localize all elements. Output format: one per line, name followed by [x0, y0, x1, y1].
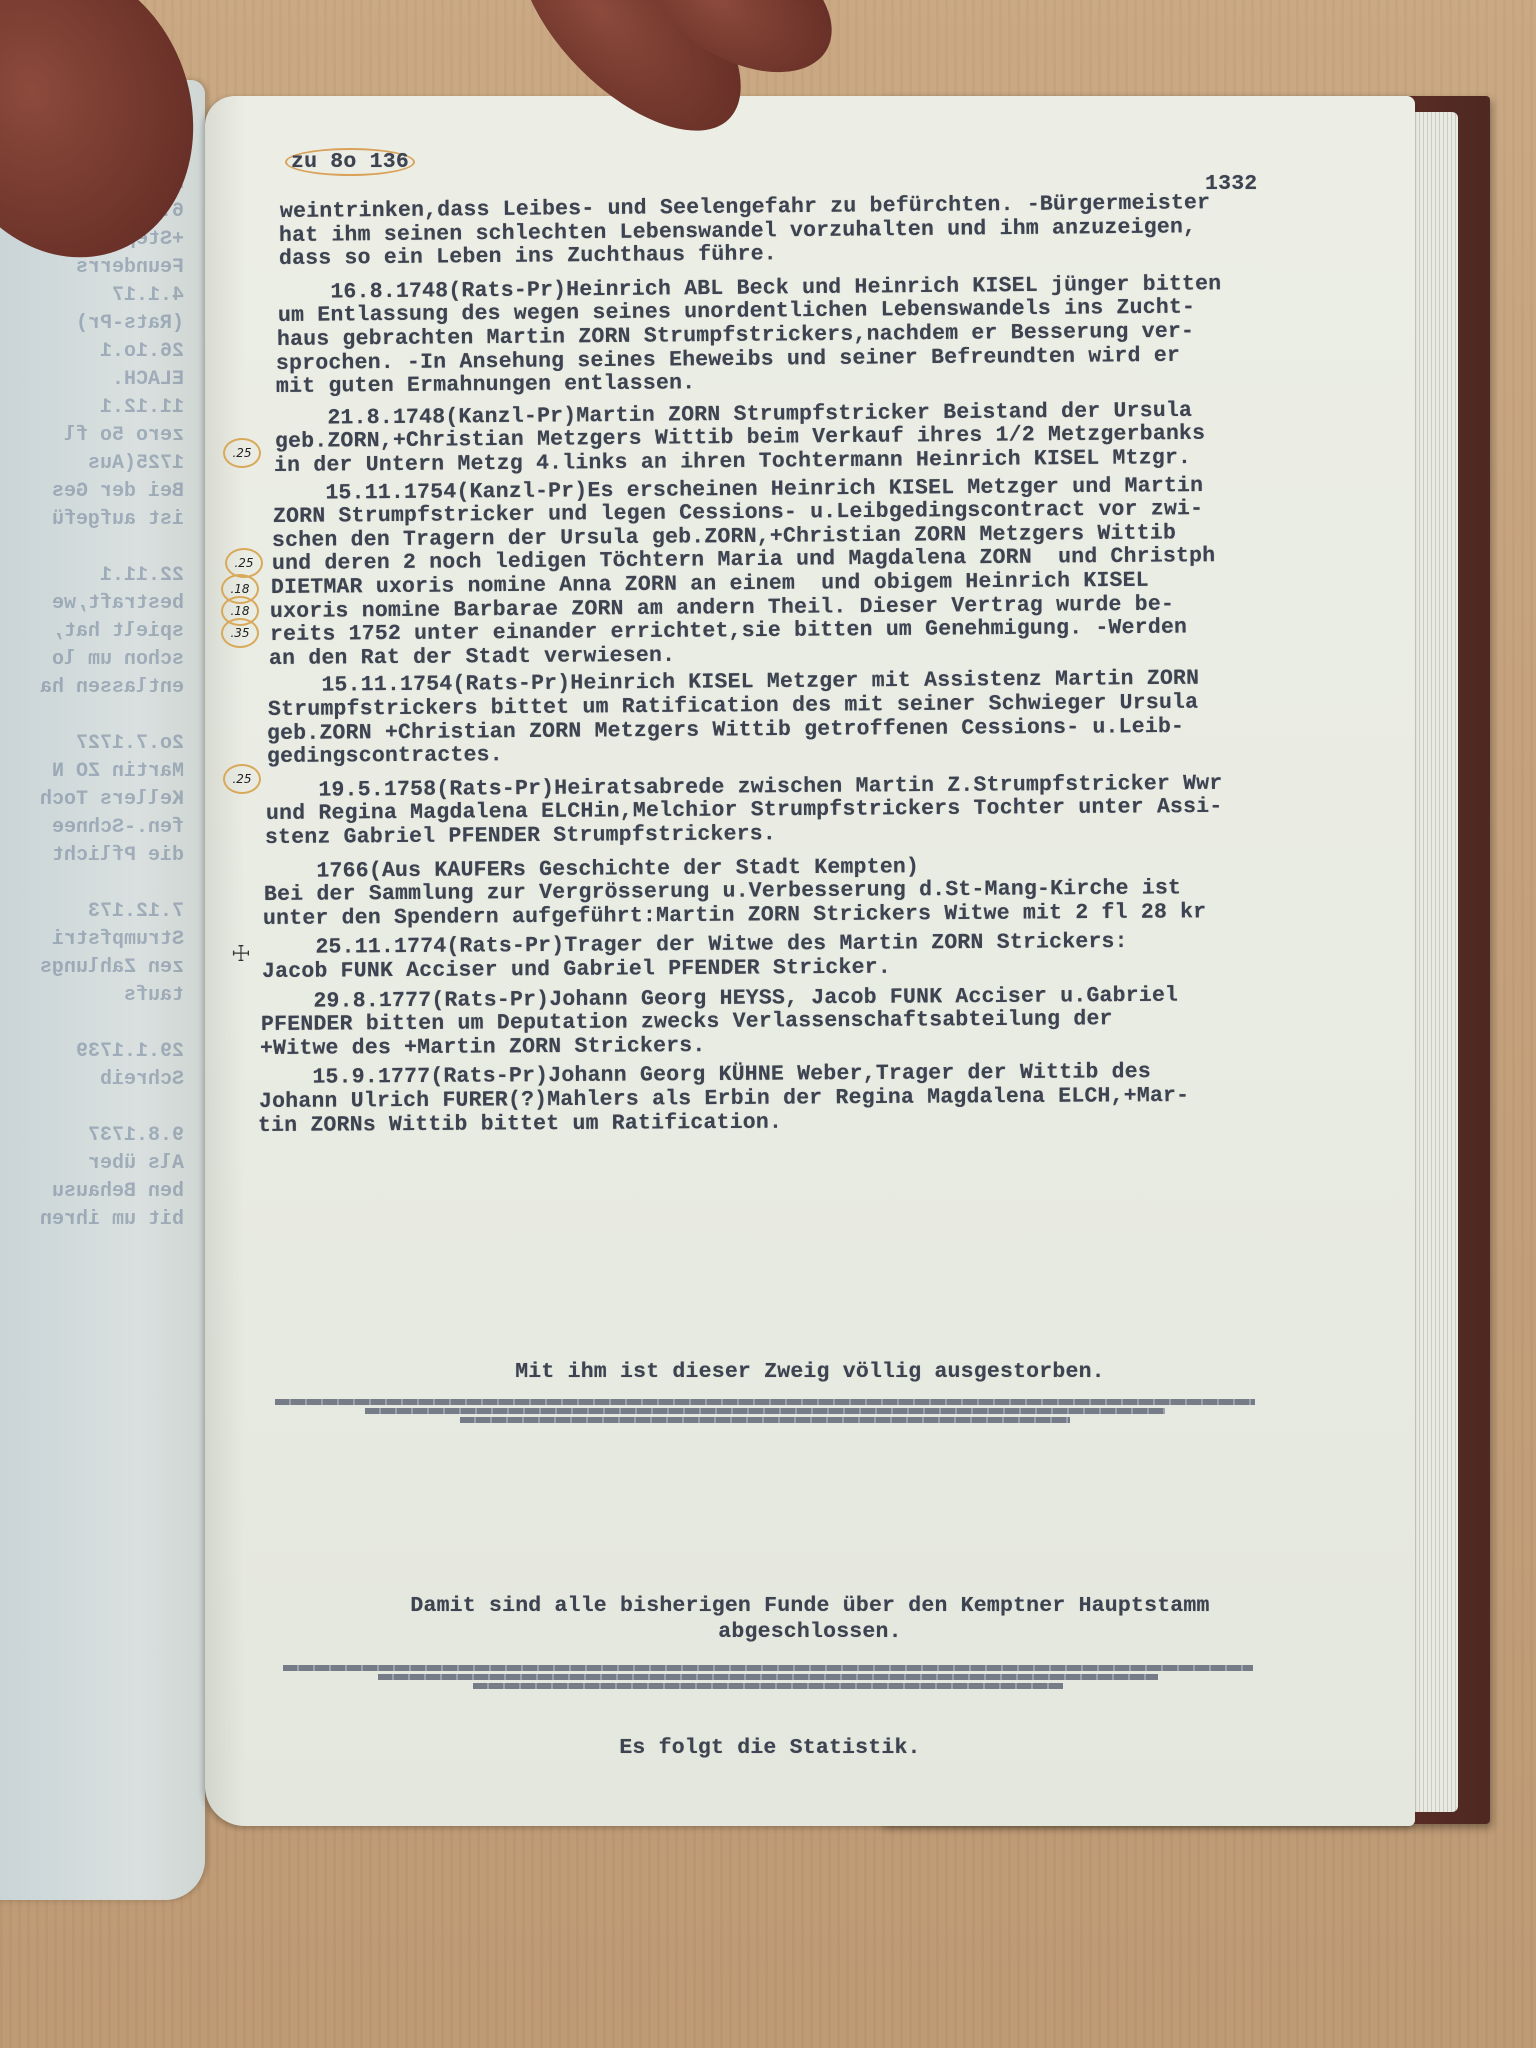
margin-annotation: .25 — [223, 438, 261, 468]
text-line: dass so ein Leben ins Zuchthaus führe. — [279, 242, 777, 271]
text-line: PFENDER bitten um Deputation zwecks Verl… — [261, 1007, 1113, 1037]
margin-annotation: .25 — [223, 764, 261, 794]
margin-annotation: .35 — [221, 618, 259, 648]
closing-statement-3: Es folgt die Statistik. — [165, 1736, 1375, 1760]
cross-icon: ☩ — [231, 942, 251, 967]
text-line: gedingscontractes. — [267, 743, 503, 769]
text-line: stenz Gabriel PFENDER Strumpfstrickers. — [265, 822, 776, 850]
typewritten-page: zu 8o 136 1332 weintrinken,dass Leibes- … — [205, 96, 1415, 1826]
closing-statement-2: Damit sind alle bisherigen Funde über de… — [205, 1594, 1415, 1618]
closing-statement-1: Mit ihm ist dieser Zweig völlig ausgesto… — [205, 1360, 1415, 1384]
text-line: an den Rat der Stadt verwiesen. — [269, 644, 675, 671]
text-line: mit guten Ermahnungen entlassen. — [276, 371, 695, 399]
divider-rule-1 — [275, 1396, 1255, 1426]
left-page: Reol 6.5.1 +Stephan Feunderrs 4.1.17 (Ra… — [0, 80, 205, 1900]
text-line: Johann Ulrich FURER(?)Mahlers als Erbin … — [259, 1084, 1189, 1114]
text-line: tin ZORNs Wittib bittet um Ratification. — [258, 1110, 782, 1137]
text-line: Jacob FUNK Acciser und Gabriel PFENDER S… — [262, 956, 891, 984]
page-number: 1332 — [1205, 172, 1257, 196]
bleed-through-text: Reol 6.5.1 +Stephan Feunderrs 4.1.17 (Ra… — [4, 170, 184, 1234]
header-reference: zu 8o 136 — [285, 150, 415, 174]
text-line: 25.11.1774(Rats-Pr)Trager der Witwe des … — [263, 930, 1128, 960]
closing-statement-2b: abgeschlossen. — [205, 1620, 1415, 1644]
divider-rule-2 — [283, 1662, 1253, 1692]
header-ref-text: zu 8o 136 — [285, 148, 415, 176]
text-line: +Witwe des +Martin ZORN Strickers. — [260, 1034, 706, 1061]
